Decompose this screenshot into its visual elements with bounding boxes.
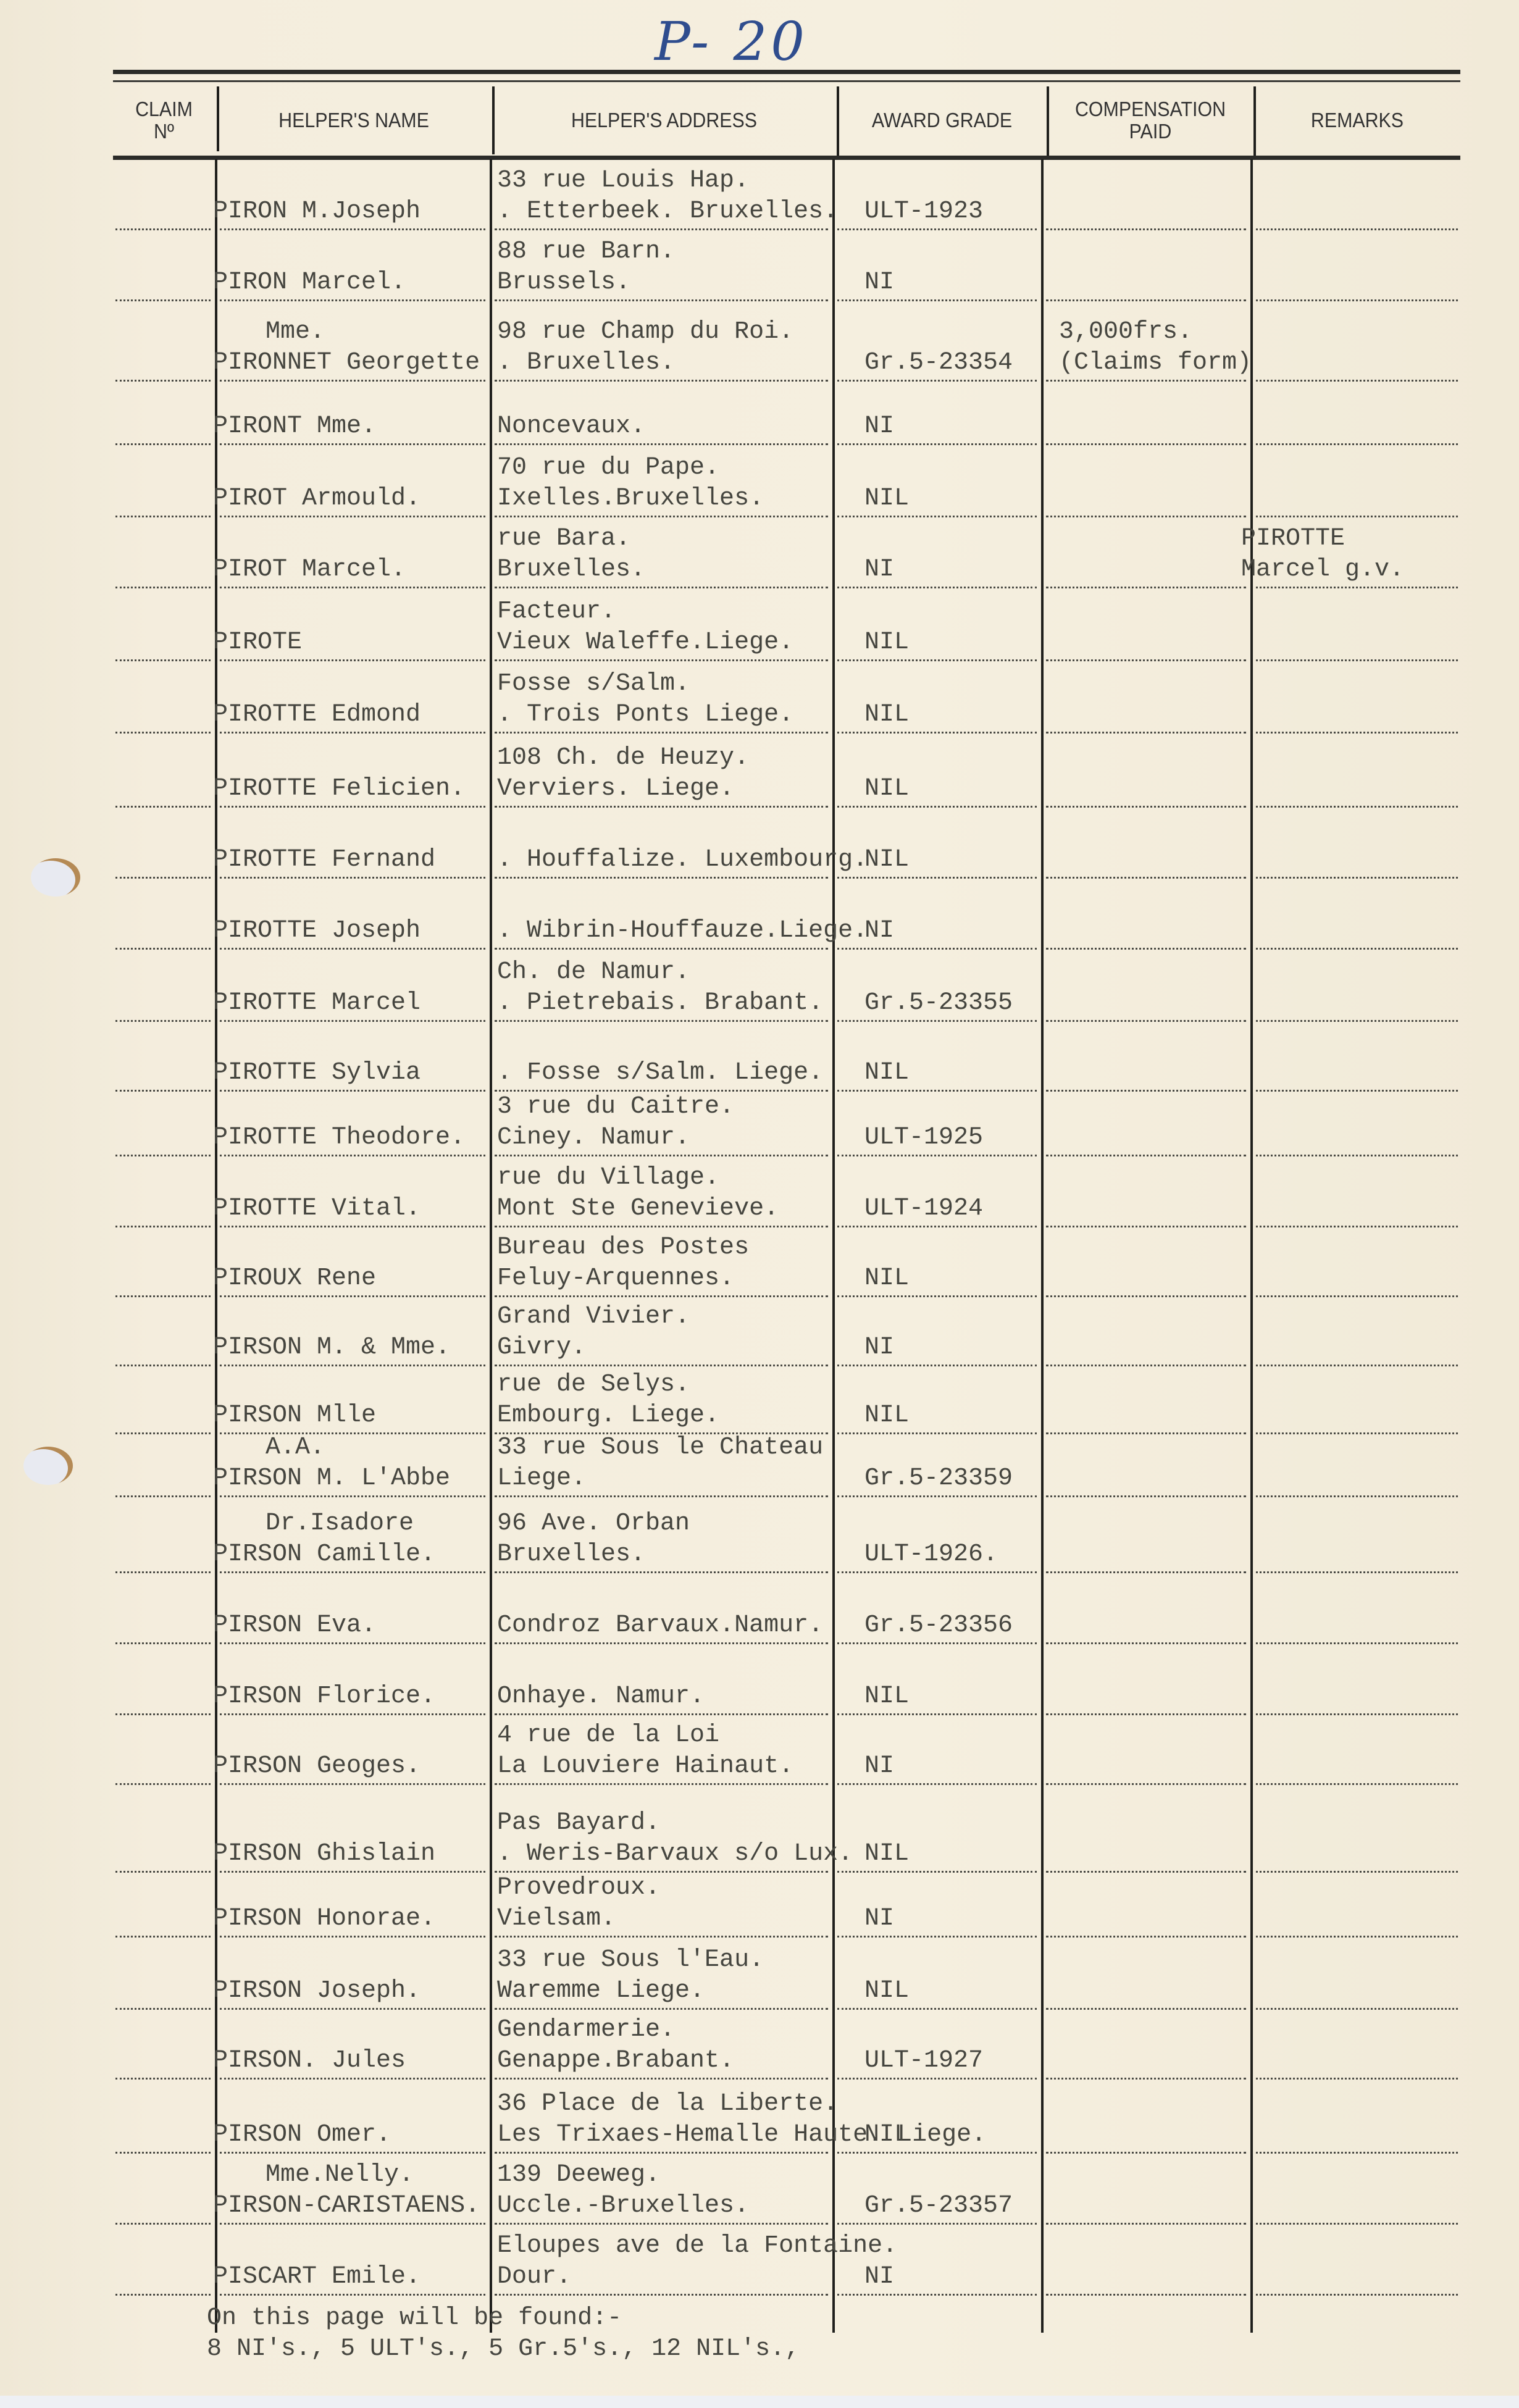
row-separator [837,1571,1037,1573]
row-separator [495,877,828,879]
row-separator [1256,1642,1458,1644]
helper-name: PIRSON Ghislain [213,1839,435,1870]
helper-address-line2: . Etterbeek. Bruxelles. [497,196,838,227]
helper-address-line2: Brussels. [497,267,630,298]
row-separator [1046,380,1246,382]
row-separator [220,1365,485,1366]
row-separator [220,1571,485,1573]
row-separator [837,1871,1037,1873]
helper-name: PIROT Armould. [213,483,421,514]
row-separator [1046,1155,1246,1156]
row-separator [1256,732,1458,734]
row-separator [495,948,828,950]
helper-address-line1: Ch. de Namur. [497,957,690,988]
helper-address-line1: Fosse s/Salm. [497,669,690,700]
row-separator [495,1495,828,1497]
helper-name: PIRSON Camille. [213,1539,435,1570]
row-separator [220,587,485,588]
row-separator [495,228,828,230]
row-separator [495,1713,828,1715]
helper-address-line2: La Louviere Hainaut. [497,1751,793,1782]
column-divider [490,159,492,2333]
row-separator [1256,1432,1458,1434]
helper-address-line1: 4 rue de la Loi [497,1720,719,1751]
row-separator [495,1295,828,1297]
helper-address-line2: Bruxelles. [497,1539,645,1570]
row-separator [837,806,1037,808]
row-separator [837,1295,1037,1297]
col-award-grade: AWARD GRADE [847,88,1037,153]
row-separator [1046,1713,1246,1715]
remarks-line1: PIROTTE [1241,524,1345,554]
header-divider [1047,86,1049,156]
helper-name: PIRON M.Joseph [213,196,421,227]
footer-summary-line2: 8 NI's., 5 ULT's., 5 Gr.5's., 12 NIL's., [207,2334,800,2365]
row-separator [220,1936,485,1938]
helper-address-line1: 33 rue Louis Hap. [497,165,749,196]
award-grade: ULT-1924 [864,1194,983,1224]
row-separator [1256,1226,1458,1227]
row-separator [115,659,211,661]
col-remarks: REMARKS [1263,88,1451,153]
award-grade: Gr.5-23354 [864,348,1013,378]
helper-name: PIRONNET Georgette [213,348,480,378]
row-separator [1046,2152,1246,2154]
award-grade: NI [864,267,894,298]
helper-address-line2: Waremme Liege. [497,1976,705,2007]
row-separator [220,1783,485,1785]
helper-name: PIRSON Mlle [213,1400,376,1431]
helper-address-line2: . Bruxelles. [497,348,675,378]
helper-address-line1: Provedroux. [497,1873,660,1904]
row-separator [220,1642,485,1644]
helper-name: PIRSON Geoges. [213,1751,421,1782]
row-separator [1256,587,1458,588]
row-separator [1256,1495,1458,1497]
row-separator [837,1495,1037,1497]
row-separator [495,1365,828,1366]
helper-address-line1: 98 rue Champ du Roi. [497,317,793,348]
helper-address-line2: Condroz Barvaux.Namur. [497,1610,823,1641]
award-grade: NI [864,2262,894,2293]
row-separator [220,1226,485,1227]
award-grade: Gr.5-23357 [864,2191,1013,2222]
award-grade: NIL [864,2120,909,2151]
row-separator [115,1365,211,1366]
row-separator [220,1432,485,1434]
helper-name: PIRSON M. & Mme. [213,1332,450,1363]
row-separator [115,948,211,950]
row-separator [115,1432,211,1434]
row-separator [220,516,485,517]
row-separator [837,1783,1037,1785]
row-separator [115,2223,211,2225]
row-separator [115,1155,211,1156]
row-separator [1256,1783,1458,1785]
helper-address-line1: 3 rue du Caitre. [497,1092,734,1122]
helper-address-line2: Uccle.-Bruxelles. [497,2191,749,2222]
row-separator [1256,1571,1458,1573]
award-grade: ULT-1927 [864,2046,983,2076]
row-separator [495,1936,828,1938]
row-separator [1046,1571,1246,1573]
helper-address-line1: rue Bara. [497,524,630,554]
helper-address-line2: Vielsam. [497,1904,616,1934]
row-separator [1046,732,1246,734]
row-separator [1046,659,1246,661]
helper-address-line2: . Wibrin-Houffauze.Liege. [497,916,868,947]
row-separator [837,877,1037,879]
row-separator [1256,228,1458,230]
row-separator [220,443,485,445]
row-separator [1046,1936,1246,1938]
row-separator [837,2152,1037,2154]
helper-name: PIROTTE Sylvia [213,1058,421,1089]
row-separator [115,380,211,382]
helper-name: PIRSON M. L'Abbe [213,1463,450,1494]
helper-name: PIRONT Mme. [213,411,376,442]
remarks-line2: Marcel g.v. [1241,554,1404,585]
row-separator [115,1295,211,1297]
row-separator [837,2223,1037,2225]
helper-address-line2: Mont Ste Genevieve. [497,1194,779,1224]
header-divider [1253,86,1256,156]
helper-address-line1: 139 Deeweg. [497,2160,660,2191]
row-separator [837,659,1037,661]
row-separator [495,2223,828,2225]
row-separator [837,1365,1037,1366]
row-separator [837,1090,1037,1092]
row-separator [220,2294,485,2296]
row-separator [115,1226,211,1227]
row-separator [1256,2223,1458,2225]
helper-address-line1: 88 rue Barn. [497,236,675,267]
award-grade: Gr.5-23359 [864,1463,1013,1494]
row-separator [495,380,828,382]
row-separator [837,299,1037,301]
top-rule-thin [113,80,1460,82]
row-separator [1256,1871,1458,1873]
row-separator [115,2152,211,2154]
row-separator [495,1020,828,1022]
row-separator [837,1936,1037,1938]
row-separator [220,299,485,301]
row-separator [495,2294,828,2296]
helper-address-line1: Pas Bayard. [497,1808,660,1839]
row-separator [220,1871,485,1873]
row-separator [495,1642,828,1644]
column-divider [1041,159,1044,2333]
helper-address-line2: Verviers. Liege. [497,774,734,805]
helper-address-line2: . Weris-Barvaux s/o Lux. [497,1839,853,1870]
row-separator [115,1713,211,1715]
row-separator [1046,1226,1246,1227]
row-separator [220,2152,485,2154]
row-separator [220,2078,485,2080]
helper-address-line1: Facteur. [497,596,616,627]
row-separator [495,659,828,661]
row-separator [220,1495,485,1497]
row-separator [837,2294,1037,2296]
row-separator [220,2008,485,2010]
award-grade: NIL [864,774,909,805]
row-separator [115,2008,211,2010]
row-separator [495,587,828,588]
row-separator [1046,299,1246,301]
row-separator [1046,1432,1246,1434]
row-separator [1256,1936,1458,1938]
header-rule [113,156,1460,160]
row-separator [115,1936,211,1938]
header-divider [217,86,219,151]
row-separator [1256,1295,1458,1297]
col-helper-address: HELPER'S ADDRESS [506,88,822,153]
award-grade: NI [864,1332,894,1363]
col-helper-name: HELPER'S NAME [229,88,479,153]
row-separator [1046,587,1246,588]
award-grade: Gr.5-23355 [864,988,1013,1019]
row-separator [115,1495,211,1497]
row-separator [220,380,485,382]
row-separator [837,1713,1037,1715]
row-separator [495,299,828,301]
helper-address-line1: 96 Ave. Orban [497,1508,690,1539]
punch-hole [31,858,80,897]
row-separator [837,948,1037,950]
helper-address-line2: Feluy-Arquennes. [497,1263,734,1294]
row-separator [115,1020,211,1022]
award-grade: ULT-1926. [864,1539,998,1570]
helper-name: PIROTTE Marcel [213,988,421,1019]
row-separator [1256,2008,1458,2010]
row-separator [115,806,211,808]
helper-name-prefix: A.A. [266,1432,325,1463]
helper-address-line2: Givry. [497,1332,586,1363]
column-divider [832,159,835,2333]
row-separator [1046,443,1246,445]
row-separator [220,948,485,950]
helper-name: PISCART Emile. [213,2262,421,2293]
helper-address-line2: . Pietrebais. Brabant. [497,988,823,1019]
helper-address-line2: Genappe.Brabant. [497,2046,734,2076]
helper-address-line2: Ciney. Namur. [497,1122,690,1153]
column-divider [1250,159,1253,2333]
helper-address-line2: Noncevaux. [497,411,645,442]
award-grade: NIL [864,700,909,730]
helper-name: PIROTE [213,627,302,658]
helper-address-line1: 108 Ch. de Heuzy. [497,743,749,774]
helper-name: PIRSON Honorae. [213,1904,435,1934]
helper-address-line1: Eloupes ave de la Fontaine. [497,2231,897,2262]
row-separator [115,1571,211,1573]
row-separator [1046,1090,1246,1092]
row-separator [1046,1295,1246,1297]
row-separator [115,1783,211,1785]
row-separator [115,1871,211,1873]
row-separator [1256,1713,1458,1715]
row-separator [220,228,485,230]
row-separator [1256,380,1458,382]
row-separator [1046,2294,1246,2296]
row-separator [1046,1020,1246,1022]
row-separator [1046,2078,1246,2080]
award-grade: NIL [864,1839,909,1870]
footer-summary-line1: On this page will be found:- [207,2303,622,2334]
award-grade: NIL [864,1681,909,1712]
row-separator [495,2078,828,2080]
row-separator [1046,516,1246,517]
row-separator [837,1020,1037,1022]
row-separator [220,806,485,808]
row-separator [1256,1155,1458,1156]
helper-name: PIROTTE Joseph [213,916,421,947]
helper-name: PIROT Marcel. [213,554,406,585]
helper-name-prefix: Mme. [266,317,325,348]
row-separator [220,1090,485,1092]
row-separator [115,2078,211,2080]
award-grade: NIL [864,1976,909,2007]
row-separator [1256,659,1458,661]
row-separator [115,516,211,517]
row-separator [495,732,828,734]
row-separator [115,1090,211,1092]
row-separator [1046,806,1246,808]
helper-address-line2: Dour. [497,2262,571,2293]
row-separator [1046,1783,1246,1785]
scan-background [0,2396,1519,2408]
helper-name: PIRSON Omer. [213,2120,391,2151]
helper-address-line2: Les Trixaes-Hemalle Haute. Liege. [497,2120,986,2151]
row-separator [837,443,1037,445]
award-grade: ULT-1925 [864,1122,983,1153]
row-separator [837,2078,1037,2080]
row-separator [495,2008,828,2010]
award-grade: NI [864,1904,894,1934]
helper-name: PIROUX Rene [213,1263,376,1294]
row-separator [220,2223,485,2225]
row-separator [1256,2078,1458,2080]
row-separator [1256,299,1458,301]
ledger-page: P- 20 CLAIM Nº HELPER'S NAME HELPER'S AD… [0,0,1519,2396]
helper-name-prefix: Dr.Isadore [266,1508,414,1539]
row-separator [837,228,1037,230]
row-separator [1256,948,1458,950]
helper-name: PIROTTE Theodore. [213,1122,465,1153]
row-separator [1256,2152,1458,2154]
row-separator [1256,1090,1458,1092]
award-grade: NI [864,1751,894,1782]
row-separator [495,1783,828,1785]
row-separator [837,1642,1037,1644]
row-separator [495,2152,828,2154]
compensation-line1: 3,000frs. [1059,317,1192,348]
row-separator [837,380,1037,382]
award-grade: NIL [864,1263,909,1294]
helper-name: PIRON Marcel. [213,267,406,298]
helper-name: PIRSON Joseph. [213,1976,421,2007]
helper-address-line1: 70 rue du Pape. [497,453,719,483]
award-grade: NI [864,554,894,585]
helper-address-line2: Vieux Waleffe.Liege. [497,627,793,658]
row-separator [115,2294,211,2296]
award-grade: Gr.5-23356 [864,1610,1013,1641]
row-separator [837,2008,1037,2010]
award-grade: NIL [864,1400,909,1431]
col-compensation-paid: COMPENSATION PAID [1057,88,1244,153]
row-separator [115,587,211,588]
helper-name-prefix: Mme.Nelly. [266,2160,414,2191]
row-separator [495,516,828,517]
row-separator [220,1713,485,1715]
row-separator [1046,1871,1246,1873]
helper-address-line2: Liege. [497,1463,586,1494]
row-separator [220,1155,485,1156]
row-separator [837,587,1037,588]
top-rule [113,70,1460,74]
row-separator [837,1155,1037,1156]
row-separator [220,1295,485,1297]
row-separator [115,732,211,734]
row-separator [220,877,485,879]
punch-hole [23,1447,73,1485]
page-id: P- 20 [655,11,808,73]
header-divider [837,86,839,156]
helper-name: PIROTTE Edmond [213,700,421,730]
award-grade: NI [864,916,894,947]
row-separator [837,1226,1037,1227]
row-separator [1046,948,1246,950]
helper-address-line1: Bureau des Postes [497,1232,749,1263]
helper-address-line1: Gendarmerie. [497,2015,675,2046]
row-separator [837,516,1037,517]
row-separator [837,1432,1037,1434]
helper-address-line1: rue de Selys. [497,1369,690,1400]
row-separator [837,732,1037,734]
helper-address-line1: 36 Place de la Liberte. [497,2089,838,2120]
compensation-line2: (Claims form) [1059,348,1252,378]
award-grade: NIL [864,845,909,876]
helper-address-line2: . Fosse s/Salm. Liege. [497,1058,823,1089]
row-separator [1256,1020,1458,1022]
table-header: CLAIM Nº HELPER'S NAME HELPER'S ADDRESS … [113,88,1460,153]
row-separator [1046,2223,1246,2225]
helper-address-line2: . Houffalize. Luxembourg. [497,845,868,876]
row-separator [115,299,211,301]
row-separator [115,228,211,230]
helper-address-line2: Ixelles.Bruxelles. [497,483,764,514]
header-divider [492,86,495,154]
row-separator [1256,443,1458,445]
row-separator [115,443,211,445]
row-separator [220,659,485,661]
row-separator [495,806,828,808]
award-grade: NIL [864,1058,909,1089]
helper-address-line2: Onhaye. Namur. [497,1681,705,1712]
helper-name: PIROTTE Fernand [213,845,435,876]
helper-name: PIROTTE Vital. [213,1194,421,1224]
award-grade: NIL [864,627,909,658]
row-separator [495,1571,828,1573]
row-separator [1046,1642,1246,1644]
helper-name: PIRSON. Jules [213,2046,406,2076]
row-separator [1256,877,1458,879]
row-separator [1256,516,1458,517]
row-separator [220,732,485,734]
helper-address-line1: Grand Vivier. [497,1302,690,1332]
award-grade: NIL [864,483,909,514]
row-separator [1046,1495,1246,1497]
col-claim-no: CLAIM Nº [117,88,211,153]
